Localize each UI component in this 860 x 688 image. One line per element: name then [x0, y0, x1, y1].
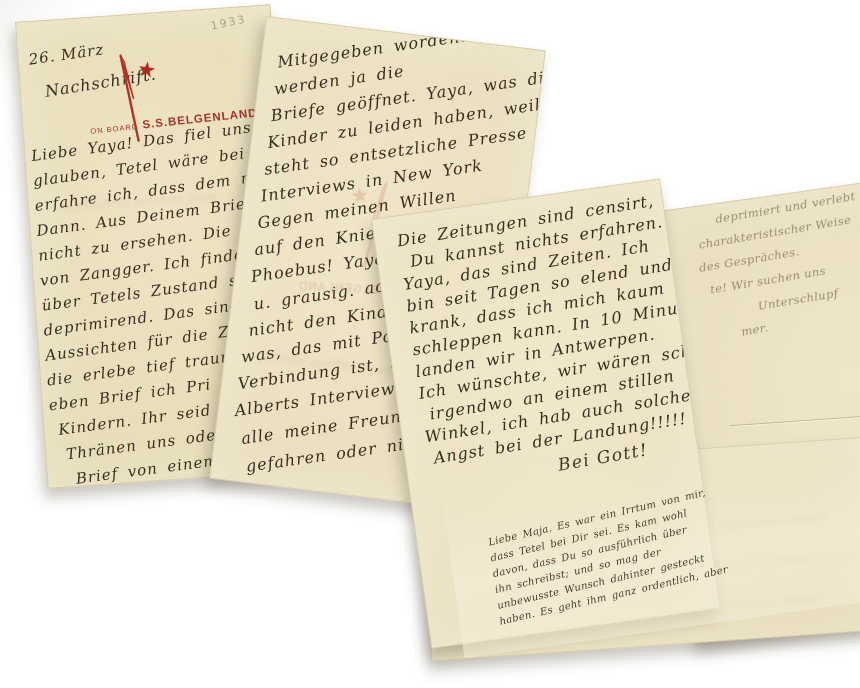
letter-date: 26. März: [28, 40, 106, 68]
red-star-icon: [139, 61, 156, 78]
postscript-text-block: Liebe Maja. Es war ein Irrtum von mir, d…: [488, 503, 733, 631]
pencil-year-annotation: 1933: [210, 13, 248, 33]
letter-photo: deprimiert und verlebt charakteristische…: [0, 0, 860, 688]
page4-faint-text-block: deprimiert und verlebt charakteristische…: [669, 189, 860, 352]
